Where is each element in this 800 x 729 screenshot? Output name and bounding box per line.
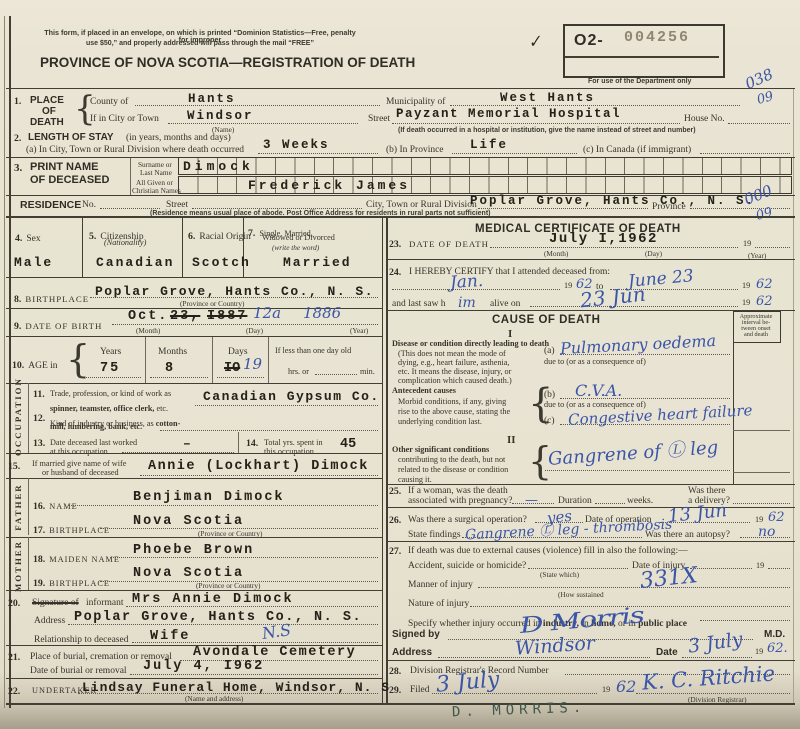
s25-duration-label: Duration — [558, 497, 592, 507]
s10-div-3 — [268, 337, 269, 383]
s13-value: – — [183, 437, 191, 450]
interval-div-2 — [733, 472, 790, 473]
s20-label: informant — [86, 599, 123, 609]
s24-saw-label-2: alive on — [490, 300, 520, 310]
s4-number: 4. — [15, 233, 22, 244]
s7-label-2: Widowed or Divorced — [262, 234, 335, 242]
s7-sub: (write the word) — [272, 244, 319, 251]
s29-filed-label: Filed — [410, 686, 430, 696]
rule-s23 — [388, 259, 795, 260]
s9-year-handwritten: 1886 — [303, 306, 341, 321]
s22-number: 22. — [8, 687, 20, 697]
s17-label: 17. BIRTHPLACE — [33, 521, 110, 537]
s10-brace: { — [66, 340, 90, 378]
s29-date-handwritten: 3 July — [435, 669, 500, 696]
s8-label: 8. BIRTHPLACE — [14, 290, 89, 306]
s12-label-2: mill, lumbering, bank, etc. — [50, 423, 142, 431]
mail-notice-line2: use $50,” and properly addressed will pa… — [40, 40, 360, 47]
s11-value: Canadian Gypsum Co. — [203, 390, 380, 403]
s29-y-handwritten: 62 — [616, 679, 636, 695]
s25-number: 25. — [389, 487, 401, 497]
s9-year-hint: (Year) — [350, 327, 368, 334]
residence-province-label: Province — [652, 203, 686, 213]
rule-s10 — [6, 383, 383, 384]
s10-months-label: Months — [158, 348, 187, 358]
serial-prefix: O2- — [574, 33, 604, 49]
s15-value: Annie (Lockhart) Dimock — [148, 460, 369, 474]
cause-roman-2: II — [507, 435, 516, 446]
s27-accident-label: Accident, suicide or homicide? — [408, 562, 526, 572]
s19-value: Nova Scotia — [133, 567, 244, 581]
s2-c-label: (c) In Canada (if immigrant) — [583, 146, 691, 156]
rule-s21 — [6, 678, 383, 679]
rule-s25 — [388, 507, 795, 508]
s13-number: 13. — [33, 439, 45, 449]
s16-number: 16. — [33, 501, 45, 512]
s26-autopsy-label: Was there an autopsy? — [645, 531, 730, 541]
disease-label-2: (This does not mean the mode of — [398, 350, 506, 358]
s15-label-1: If married give name of wife — [32, 460, 126, 468]
s1-house-dotted — [728, 123, 790, 124]
s24-y3-handwritten: 62 — [756, 295, 773, 308]
s25-duration-dotted — [595, 503, 625, 504]
other-value: Gangrene of Ⓛ leg — [548, 439, 719, 469]
s1-house-label: House No. — [684, 115, 725, 125]
s26-label-1: Was there a surgical operation? — [408, 516, 527, 526]
checkmark-ink: ✓ — [526, 33, 542, 51]
s24-number: 24. — [389, 268, 401, 278]
residence-city-value: Poplar Grove, Hants Co., N. S. — [470, 195, 755, 208]
s15-label-2: or husband of deceased — [42, 469, 119, 477]
s24-y3-pre: 19 — [742, 299, 750, 307]
s22-value: Lindsay Funeral Home, Windsor, N. S — [82, 681, 390, 694]
s27-doi-dotted — [690, 568, 752, 569]
cause-c-label: (c) — [544, 417, 555, 427]
s2-paren: (in years, months and days) — [126, 134, 231, 144]
s27-how-hint: (How sustained — [558, 591, 604, 598]
s9-day-handwritten: 12a — [253, 306, 281, 321]
s20-number: 20. — [8, 599, 20, 609]
death-certificate-form: This form, if placed in an envelope, on … — [0, 0, 800, 729]
s10-days-handwritten: 19 — [243, 357, 262, 372]
occupation-box-line — [28, 383, 29, 453]
s27-specify-dotted — [700, 620, 790, 621]
s11-number: 11. — [33, 390, 45, 400]
rule-signed — [388, 660, 795, 661]
s10-label: 10. AGE in — [12, 356, 58, 372]
s2-number: 2. — [14, 134, 21, 144]
s7-number: 7. — [248, 228, 255, 239]
s24-y2-pre: 19 — [742, 282, 750, 290]
s1-title-2: OF — [42, 107, 56, 117]
s10-hrs-label: hrs. or — [288, 368, 309, 376]
s9-day-struck: 23, — [170, 310, 200, 324]
other-label-2: contributing to the death, but not — [398, 456, 505, 464]
s19-number: 19. — [33, 578, 45, 589]
s1-street-dotted — [392, 123, 680, 124]
signed-date-handwritten: 3 July — [687, 630, 744, 656]
s6-label: 6. Racial Origin — [188, 227, 251, 243]
s19-hint: (Province or Country) — [196, 582, 260, 589]
s20-struck: Signature of — [32, 599, 79, 609]
s27-manner-label: Manner of injury — [408, 581, 473, 591]
s5-sub: (Nationality) — [104, 239, 146, 247]
s27-nature-label: Nature of injury — [408, 600, 469, 610]
s26-autopsy-handwritten: no — [758, 525, 775, 539]
s21-dotted-2 — [130, 674, 378, 675]
s4-value: Male — [14, 256, 53, 269]
s8-value: Poplar Grove, Hants Co., N. S. — [95, 285, 374, 298]
signed-addr-label: Address — [392, 648, 432, 658]
s21-label-2: Date of burial or removal — [30, 667, 127, 677]
s24-saw-handwritten: 23 Jun — [579, 284, 646, 311]
signed-by-label: Signed by — [392, 630, 440, 640]
s1-title-1: PLACE — [30, 96, 64, 106]
s4-label: 4. Sex — [15, 229, 41, 245]
s2-a-value: 3 Weeks — [263, 139, 330, 152]
residence-street-dotted — [192, 208, 362, 209]
residence-no-label: No. — [82, 201, 96, 211]
s23-dotted — [490, 247, 738, 248]
s15-dotted — [140, 475, 378, 476]
s5-value: Canadian — [96, 256, 174, 269]
s3-given-value: Frederick James — [248, 179, 410, 192]
rule-bottom — [6, 703, 795, 705]
dept-note: For use of the Department only — [588, 78, 691, 85]
surname-grid — [178, 157, 792, 175]
s2-c-dotted — [700, 153, 790, 154]
ante-label-3: rise to the above cause, stating the — [398, 408, 510, 416]
interval-column-line — [733, 311, 734, 484]
form-title: PROVINCE OF NOVA SCOTIA—REGISTRATION OF … — [40, 56, 415, 70]
bottom-stamp: D. MORRIS. — [452, 701, 587, 720]
s2-a-label: (a) In City, Town or Rural Division wher… — [26, 146, 244, 156]
s10-months-value: 8 — [165, 362, 173, 376]
other-dotted — [545, 470, 730, 471]
residence-city-dotted — [478, 208, 648, 209]
s26-find-label: State findings — [408, 531, 461, 541]
s1-number: 1. — [14, 97, 21, 107]
rule-s4 — [6, 277, 383, 278]
interval-div-1 — [733, 430, 790, 431]
rule-s9 — [6, 336, 383, 337]
s17-number: 17. — [33, 525, 45, 536]
s20-addr-value: Poplar Grove, Hants Co., N. S. — [74, 611, 362, 625]
s1-municipality-dotted — [450, 105, 740, 106]
s12-number: 12. — [33, 414, 45, 424]
s3-surname-value: Dimock — [183, 160, 254, 173]
s26-y-handwritten: 62 — [768, 511, 785, 524]
s24-saw-im: im — [458, 296, 476, 310]
s3-title-2: OF DECEASED — [30, 175, 109, 186]
s5-number: 5. — [89, 231, 96, 242]
signed-md-label: M.D. — [764, 630, 785, 640]
residence-province-dotted — [690, 208, 790, 209]
s24-y2-handwritten: 62 — [756, 278, 773, 291]
s2-a-dotted — [258, 153, 378, 154]
s29-y-pre: 19 — [602, 686, 610, 694]
s10-days-dotted — [217, 377, 264, 378]
other-label-4: causing it. — [398, 476, 432, 484]
s21-number: 21. — [8, 653, 20, 663]
margin-code-res-2: 09 — [755, 206, 774, 223]
s20-rel-handwritten: N.S — [261, 622, 292, 642]
other-label-3: related to the disease or condition — [398, 466, 508, 474]
s9-month-hint: (Month) — [136, 327, 160, 334]
disease-label-4: etc. It means the disease, injury, or — [398, 368, 511, 376]
s23-number: 23. — [389, 240, 401, 250]
s29-registrar-handwritten: K. C. Ritchie — [641, 663, 775, 693]
cause-a-label: (a) — [544, 347, 555, 357]
s9-number: 9. — [14, 321, 21, 332]
rule-s13 — [6, 453, 383, 454]
s22-hint: (Name and address) — [185, 695, 243, 702]
s10-less-label: If less than one day old — [275, 347, 351, 355]
s10-days-struck: IO — [224, 362, 240, 376]
s1-title-3: DEATH — [30, 118, 64, 128]
s2-title: LENGTH OF STAY — [28, 133, 114, 143]
rule-s15 — [6, 478, 383, 479]
ante-label-1: Antecedent causes — [392, 387, 456, 395]
mother-side-label: MOTHER — [13, 537, 23, 595]
s10-years-dotted — [86, 377, 141, 378]
residence-title: RESIDENCE — [20, 200, 81, 211]
s1-county-dotted — [135, 105, 380, 106]
disease-label-3: dying, e.g., heart failure, asthenia, — [398, 359, 509, 367]
cause-b-value: C.V.A. — [575, 383, 622, 399]
s10-years-value: 75 — [100, 362, 120, 376]
residence-no-dotted — [100, 208, 160, 209]
s1-city-value: Windsor — [187, 110, 254, 123]
s27-code-handwritten: 331X — [639, 565, 699, 593]
rule-top — [6, 88, 795, 89]
mother-box-line — [28, 537, 29, 590]
s14-label-1: Total yrs. spent in — [264, 439, 323, 447]
s18-number: 18. — [33, 554, 45, 565]
s25-weeks-label: weeks. — [627, 497, 653, 507]
s27-pre19: 19 — [756, 562, 764, 570]
s6-value: Scotch — [192, 256, 251, 269]
signed-y-pre: 19 — [755, 648, 763, 656]
s23-month-hint: (Month) — [544, 250, 568, 257]
s11-label-2: spinner, teamster, office clerk, etc. — [50, 399, 168, 415]
s15-number: 15. — [8, 462, 20, 472]
s10-div-1 — [145, 337, 146, 383]
s23-year-dotted — [755, 247, 790, 248]
s18-value: Phoebe Brown — [133, 544, 254, 558]
s28-number: 28. — [389, 667, 401, 677]
serial-number-stamp: 004256 — [624, 30, 690, 45]
s1-city-dotted — [168, 123, 358, 124]
s4-s5-divider — [82, 218, 83, 277]
s18-label: 18. MAIDEN NAME — [33, 550, 120, 566]
s1-hospital-hint: (If death occurred in a hospital or inst… — [398, 127, 696, 134]
s25-label-2: associated with pregnancy? — [408, 497, 512, 507]
s24-y1-pre: 19 — [564, 282, 572, 290]
father-side-label: FATHER — [13, 479, 23, 535]
rule-residence-heavy — [6, 216, 795, 218]
father-box-line — [28, 478, 29, 535]
s9-year-struck: I887 — [207, 310, 247, 324]
s1-county-label: County of — [90, 98, 128, 108]
s10-years-label: Years — [100, 348, 121, 358]
s9-month: Oct. — [128, 310, 168, 324]
s27-number: 27. — [389, 547, 401, 557]
s14-number: 14. — [246, 439, 258, 449]
rule-s26 — [388, 541, 795, 542]
s8-hint: (Province or Country) — [180, 300, 244, 307]
s29-number: 29. — [389, 686, 401, 696]
signed-date-label: Date — [656, 648, 678, 658]
s23-day-hint: (Day) — [645, 250, 662, 257]
s5-s6-divider — [182, 218, 183, 277]
s3-number: 3. — [14, 163, 22, 174]
s3-divider — [130, 158, 131, 195]
s11-dotted — [195, 405, 378, 406]
s3-title-1: PRINT NAME — [30, 162, 98, 173]
margin-code-top-2: 09 — [756, 90, 775, 107]
left-border-outer — [4, 16, 5, 708]
s21-place-value: Avondale Cemetery — [193, 646, 356, 660]
s20-addr-label: Address — [34, 617, 65, 627]
cause-due1: due to (or as a consequence of) — [544, 358, 646, 366]
s23-pre19: 19 — [743, 240, 751, 248]
s20-value: Mrs Annie Dimock — [132, 593, 294, 607]
rule-s17 — [6, 537, 383, 538]
s13-s14-divider — [238, 432, 239, 453]
s10-months-dotted — [150, 377, 208, 378]
s13-label-1: Date deceased last worked — [50, 439, 137, 447]
s7-value: Married — [283, 256, 352, 269]
s21-date-value: July 4, I962 — [143, 660, 264, 674]
s27-manner-dotted — [478, 587, 790, 588]
s17-value: Nova Scotia — [133, 515, 244, 529]
s10-div-2 — [212, 337, 213, 383]
s6-number: 6. — [188, 231, 195, 242]
s25-delivery-dotted — [733, 503, 790, 504]
rule-s19 — [6, 590, 383, 591]
cause-title: CAUSE OF DEATH — [492, 315, 600, 327]
s16-dotted — [68, 505, 378, 506]
s1-municipality-value: West Hants — [500, 92, 595, 105]
s9-dotted — [112, 324, 378, 325]
s24-saw-label-1: and last saw h — [392, 300, 446, 310]
s20-rel-value: Wife — [150, 630, 190, 644]
column-divider-1 — [382, 218, 383, 704]
s8-number: 8. — [14, 294, 21, 305]
ante-label-2: Morbid conditions, if any, giving — [398, 398, 506, 406]
s12-dotted — [160, 430, 378, 431]
disease-label-1: Disease or condition directly leading to… — [392, 340, 549, 348]
s27-state-hint: (State which) — [540, 571, 579, 578]
s27-label-1: If death was due to external causes (vio… — [408, 547, 688, 557]
s2-b-dotted — [452, 153, 577, 154]
s10-number: 10. — [12, 360, 24, 371]
s16-value: Benjiman Dimock — [133, 491, 285, 505]
s1-city-label: If in City or Town — [90, 115, 159, 125]
s2-b-value: Life — [470, 139, 508, 152]
other-label-1: Other significant conditions — [392, 446, 489, 454]
s27-accident-dotted — [528, 568, 628, 569]
s3-surname-label-2: Last Name — [140, 169, 172, 176]
s26-y-pre: 19 — [755, 516, 763, 524]
s11-label-1: Trade, profession, or kind of work as — [50, 390, 171, 398]
s24-from-handwritten: Jan. — [449, 273, 483, 292]
occupation-side-label: OCCUPATION — [13, 380, 23, 456]
signed-y-handwritten: 62. — [767, 642, 788, 655]
signed-addr-handwritten: Windsor — [514, 634, 595, 659]
s27-y-dotted — [768, 568, 790, 569]
s26-number: 26. — [389, 516, 401, 526]
column-divider-2 — [386, 218, 388, 704]
s23-value: July I,1962 — [549, 232, 658, 246]
s10-min-label: min. — [360, 368, 375, 376]
s9-label: 9. DATE OF BIRTH — [14, 317, 102, 333]
s3-given-label-2: Christian Names — [132, 187, 181, 194]
interval-line-4: and death — [734, 332, 778, 338]
s23-label: DATE OF DEATH — [409, 240, 489, 249]
right-border — [793, 88, 794, 704]
s1-street-value: Payzant Memorial Hospital — [396, 108, 621, 121]
rule-cause — [388, 484, 795, 485]
s1-county-value: Hants — [188, 93, 236, 106]
s19-label: 19. BIRTHPLACE — [33, 574, 110, 590]
disease-label-5: complication which caused death.) — [398, 377, 512, 385]
s2-b-label: (b) In Province — [386, 146, 444, 156]
s9-day-hint: (Day) — [246, 327, 263, 334]
serial-box-divider — [565, 56, 719, 58]
ante-label-4: underlying condition last. — [398, 418, 482, 426]
s1-street-label: Street — [368, 115, 390, 125]
s14-value: 45 — [340, 438, 356, 452]
s25-handwritten-dash: — — [525, 494, 538, 507]
s10-hrs-dotted — [315, 374, 357, 375]
